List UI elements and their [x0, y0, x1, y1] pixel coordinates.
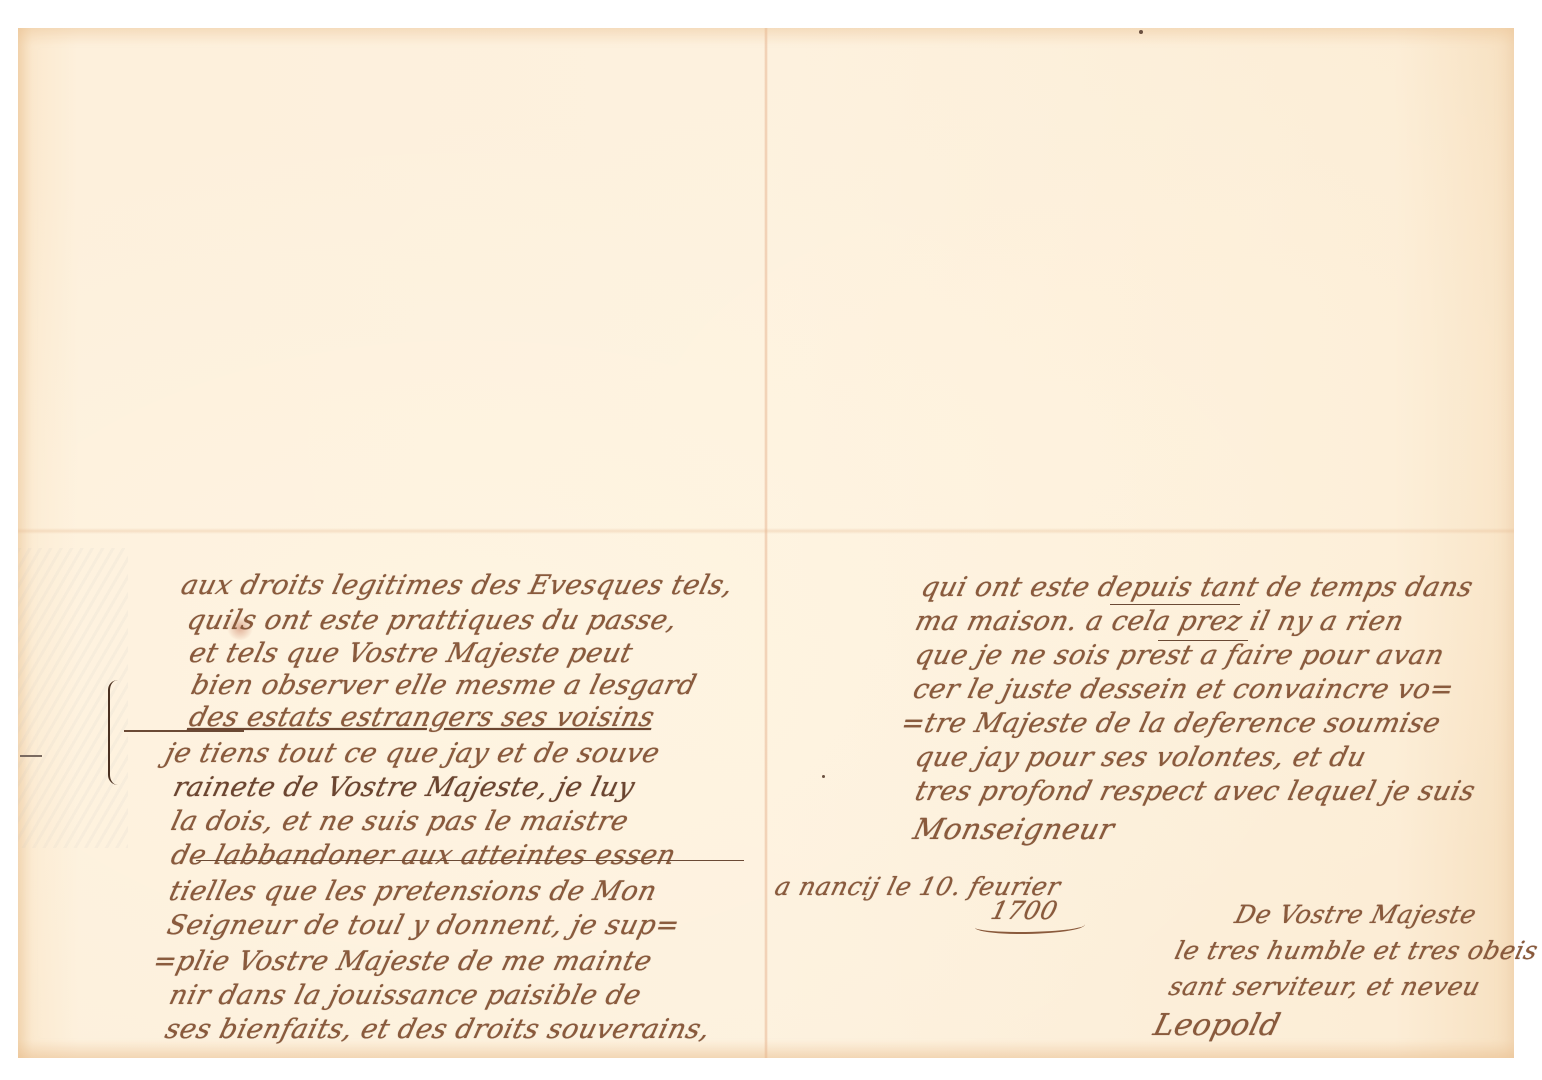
closing-line: le tres humble et tres obeis: [1172, 936, 1541, 965]
text-line: et tels que Vostre Majeste peut: [186, 638, 636, 669]
margin-pencil-mark: [20, 755, 42, 757]
text-line: cer le juste dessein et convaincre vo=: [910, 674, 1457, 705]
text-line: qui ont este depuis tant de temps dans: [918, 572, 1476, 603]
ink-speck: [822, 775, 825, 778]
text-line: je tiens tout ce que jay et de souve: [162, 738, 663, 769]
text-line: bien observer elle mesme a lesgard: [188, 670, 700, 701]
salutation: Monseigneur: [910, 812, 1118, 846]
text-line: aux droits legitimes des Evesques tels,: [178, 570, 736, 601]
signature: Leopold: [1150, 1008, 1284, 1043]
closing-line: sant serviteur, et neveu: [1166, 972, 1484, 1001]
margin-bracket-mark: [108, 680, 128, 785]
text-line: ses bienfaits, et des droits souverains,: [162, 1014, 714, 1045]
text-line: Seigneur de toul y donnent, je sup=: [164, 910, 683, 941]
text-line: rainete de Vostre Majeste, je luy: [170, 772, 638, 803]
text-line: nir dans la jouissance paisible de: [166, 980, 645, 1011]
text-line: tres profond respect avec lequel je suis: [912, 776, 1479, 807]
text-line: la dois, et ne suis pas le maistre: [168, 806, 632, 837]
text-line: ma maison. a cela prez il ny a rien: [912, 606, 1407, 637]
vertical-fold-crease: [764, 28, 768, 1058]
text-line: que jay pour ses volontes, et du: [912, 742, 1370, 773]
closing-line: De Vostre Majeste: [1232, 900, 1480, 929]
underline-rule: [196, 860, 744, 861]
underline-rule: [1110, 604, 1240, 605]
text-line: quils ont este prattiques du passe,: [184, 605, 681, 636]
text-line: tielles que les pretensions de Mon: [166, 876, 660, 907]
text-line: =tre Majeste de la deference soumise: [898, 708, 1444, 739]
text-line: que je ne sois prest a faire pour avan: [912, 640, 1448, 671]
ink-speck: [1139, 30, 1143, 34]
text-line: de labbandoner aux atteintes essen: [168, 840, 679, 871]
text-line: des estats estrangers ses voisins: [186, 702, 658, 733]
horizontal-fold-crease: [18, 528, 1514, 534]
text-line: =plie Vostre Majeste de me mainte: [150, 946, 655, 977]
